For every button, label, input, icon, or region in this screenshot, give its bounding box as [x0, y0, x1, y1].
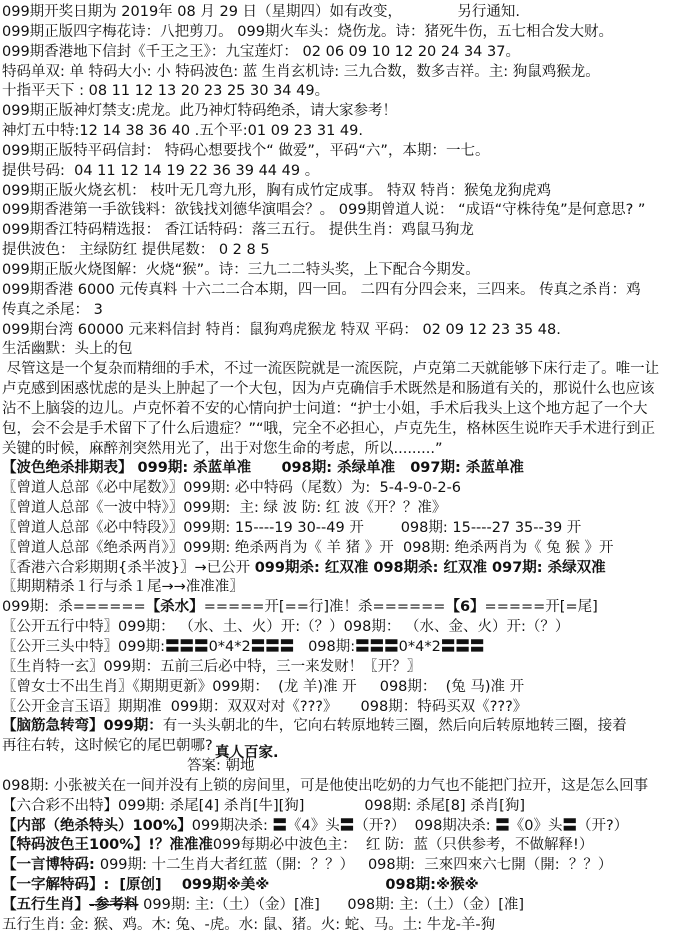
- tip-line-14: 099期正版火烧图解：火烧“猴”。诗：三九二二特头奖，上下配合今期发。: [2, 261, 688, 281]
- tip-line-22: 包，会不会是手术留下了什么后遗症？”“哦，完全不必担心，卢克先生，格林医生说昨天…: [2, 420, 688, 440]
- tip-line-17: 099期台湾 60000 元来料信封 特肖：鼠狗鸡虎猴龙 特双 平码： 02 0…: [2, 321, 688, 341]
- tip-line-segment: 〓〓〓: [251, 639, 295, 655]
- tip-line-segment: 〓〓〓: [355, 639, 399, 655]
- tip-line-segment: 099期香港地下信封《千王之王》：九宝莲灯： 02 06 09 10 12 20…: [2, 44, 520, 60]
- tip-line-segment: 〖公开三头中特〗099期:: [2, 639, 165, 655]
- tip-line-segment: 〖期期精杀１行与杀１尾→→准准准〗: [2, 579, 244, 595]
- tip-line-40: 098期: 小张被关在一间并没有上锁的房间里，可是他使出吃奶的力气也不能把门拉开…: [2, 777, 688, 797]
- tip-line-segment: 099期: 十二生肖大者红蓝（開: ？？） 098期: 三來四來六七開（開: ？…: [100, 857, 612, 873]
- tip-line-segment: 尽管这是一个复杂而精细的手术，不过一流医院就是一流医院，卢克第二天就能够下床行走…: [2, 361, 659, 377]
- tip-line-15: 099期香港 6000 元传真料 十六二二合本期，四一回。 二四有分四会来，三四…: [2, 281, 688, 301]
- tip-line-segment: -参考料: [89, 897, 139, 913]
- tip-line-segment: 〖公开五行中特〗099期： （水、土、火）开:（？）098期： （水、金、火）开…: [2, 619, 569, 635]
- tip-line-10: 099期正版火烧玄机： 枝叶无几弯九形，胸有成竹定成事。 特双 特肖：猴兔龙狗虎…: [2, 182, 688, 202]
- tip-line-segment: 〓: [563, 818, 578, 834]
- tip-line-7: 神灯五中特:12 14 38 36 40 .五个平:01 09 23 31 49…: [2, 122, 688, 142]
- tip-line-segment: 099期: 主:（土）（金）[准] 098期: 主:（土）（金）[准]: [139, 897, 525, 913]
- tip-line-1: 099期开奖日期为 2019年 08 月 29 日（星期四）如有改变， 另行通知…: [2, 3, 688, 23]
- tip-line-26: 〖曾道人总部《一波中特》〗099期: 主: 绿 波 防: 红 波《开？？准》: [2, 499, 688, 519]
- tip-line-36: 〖公开金言玉语〗期期准 099期：双双对对《???》 098期：特码买双《???…: [2, 698, 688, 718]
- tip-line-35: 〖曾女士不出生肖〗《期期更新》099期： (龙 羊)准 开 098期： (兔 马…: [2, 678, 688, 698]
- tip-line-segment: 〖生肖特一玄〗099期：五前三后必中特，三一来发财！〖开？〗: [2, 659, 421, 675]
- tip-line-segment: 【一言博特码:: [2, 857, 100, 873]
- tip-line-segment: 099期香港 6000 元传真料 十六二二合本期，四一回。 二四有分四会来，三四…: [2, 282, 641, 298]
- tip-line-segment: 099期香江特码精选报： 香江话特码：落三五行。 提供生肖：鸡鼠马狗龙: [2, 222, 474, 238]
- tip-line-3: 099期香港地下信封《千王之王》：九宝莲灯： 02 06 09 10 12 20…: [2, 43, 688, 63]
- tip-line-segment: 沾不上脑袋的边儿。卢克怀着不安的心情向护士问道：“护士小姐，手术后我头上这个地方…: [2, 401, 648, 417]
- overlay-watermark-text: 真人百家.: [215, 744, 279, 764]
- tip-line-segment: 〖曾女士不出生肖〗《期期更新》099期： (龙 羊)准 开 098期： (兔 马…: [2, 679, 524, 695]
- tip-line-8: 099期正版特平码信封： 特码心想要找个“ 做爱”，平码“六”，本期：一七。: [2, 142, 688, 162]
- tip-line-segment: 099每期必中波色主： 红 防: 蓝（只供参考，不做解释!）: [213, 837, 593, 853]
- tip-line-segment: 卢克感到困惑忧虑的是头上肿起了一个大包，因为卢克确信手术既然是和肠道有关的，那说…: [2, 381, 655, 397]
- tip-line-segment: 〓: [272, 818, 287, 834]
- tip-line-segment: 〖曾道人总部《必中特段》〗099期: 15----19 30--49 开 098…: [2, 520, 581, 536]
- tip-line-segment: 〓〓〓: [165, 639, 209, 655]
- tip-line-segment: 099期决杀:: [192, 818, 273, 834]
- tip-line-segment: 【六合彩不出特】099期: 杀尾[4] 杀肖[牛][狗] 098期: 杀尾[8]…: [2, 798, 525, 814]
- tip-line-39: 答案: 朝地: [2, 757, 688, 777]
- tip-line-11: 099期香港第一手欲钱料：欲钱找刘德华演唱会？。 099期曾道人说： “成语“守…: [2, 201, 688, 221]
- tip-line-9: 提供号码: 04 11 12 14 19 22 36 39 44 49 。: [2, 162, 688, 182]
- tip-line-23: 关键的时候，麻醉剂突然用光了，出于对您生命的考虑，所以.........”: [2, 440, 688, 460]
- tip-line-segment: 〖公开金言玉语〗期期准 099期：双双对对《???》 098期：特码买双《???…: [2, 699, 527, 715]
- tip-line-segment: 【特码波色王100%】!？准准准: [2, 837, 213, 853]
- tip-line-44: 【一言博特码: 099期: 十二生肖大者红蓝（開: ？？） 098期: 三來四來…: [2, 856, 688, 876]
- tip-line-segment: 099期正版火烧图解：火烧“猴”。诗：三九二二特头奖，上下配合今期发。: [2, 262, 480, 278]
- tip-line-segment: 〖曾道人总部《一波中特》〗099期: 主: 绿 波 防: 红 波《开？？准》: [2, 500, 446, 516]
- tip-line-12: 099期香江特码精选报： 香江话特码：落三五行。 提供生肖：鸡鼠马狗龙: [2, 221, 688, 241]
- tip-line-segment: 生活幽默：头上的包: [2, 341, 133, 357]
- tip-line-segment: 五行生肖: 金: 猴、鸡。木: 兔、-虎。水: 鼠、猪。火: 蛇、马。土: 牛龙…: [2, 917, 495, 933]
- tip-line-33: 〖公开三头中特〗099期:〓〓〓0*4*2〓〓〓 098期:〓〓〓0*4*2〓〓…: [2, 638, 688, 658]
- tip-line-segment: 提供波色： 主绿防红 提供尾数： 0 2 8 5: [2, 242, 270, 258]
- tip-line-segment: 《0》头: [510, 818, 563, 834]
- tip-line-16: 传真之杀尾： 3: [2, 301, 688, 321]
- tip-line-segment: 有一头头朝北的牛，它向右转原地转三圈，然后向后转原地转三圈，接着: [163, 718, 627, 734]
- lottery-tip-sheet: 真人百家. 099期开奖日期为 2019年 08 月 29 日（星期四）如有改变…: [0, 0, 688, 937]
- tip-line-segment: 099期杀: 红双准 098期杀: 红双准 097期: 杀绿双准: [255, 560, 606, 576]
- tip-line-segment: 关键的时候，麻醉剂突然用光了，出于对您生命的考虑，所以.........”: [2, 441, 443, 457]
- tip-line-segment: 【杀水】: [146, 599, 204, 615]
- tip-line-segment: =====开[=尾]: [485, 599, 598, 615]
- tip-line-34: 〖生肖特一玄〗099期：五前三后必中特，三一来发财！〖开？〗: [2, 658, 688, 678]
- tip-line-37: 【脑筋急转弯】099期：有一头头朝北的牛，它向右转原地转三圈，然后向后转原地转三…: [2, 717, 688, 737]
- tip-line-segment: 【五行生肖】: [2, 897, 89, 913]
- tip-line-18: 生活幽默：头上的包: [2, 340, 688, 360]
- tip-line-19: 尽管这是一个复杂而精细的手术，不过一流医院就是一流医院，卢克第二天就能够下床行走…: [2, 360, 688, 380]
- tip-line-segment: 099期香港第一手欲钱料：欲钱找刘德华演唱会？。 099期曾道人说： “成语“守…: [2, 202, 645, 218]
- tip-line-segment: （开?）: [577, 818, 628, 834]
- tip-line-segment: 099期正版四字梅花诗：八把剪刀。 099期火车头：烧伤龙。诗：猪死牛伤，五七相…: [2, 24, 613, 40]
- tip-line-segment: 〖香港六合彩期期{杀半波}〗→已公开: [2, 560, 255, 576]
- tip-line-segment: 0*4*2: [209, 639, 251, 655]
- tip-line-45: 【一字解特码】: [原创] 099期※美※ 098期:※猴※: [2, 876, 688, 896]
- tip-line-28: 〖曾道人总部《绝杀两肖》〗099期: 绝杀两肖为《 羊 猪 》开 098期: 绝…: [2, 539, 688, 559]
- tip-line-segment: 【波色绝杀排期表】 099期: 杀蓝单准 098期: 杀绿单准 097期: 杀蓝…: [2, 460, 524, 476]
- tip-line-6: 099期正版神灯禁支:虎龙。此乃神灯特码绝杀，请大家参考！: [2, 102, 688, 122]
- tip-line-31: 099期: 杀======【杀水】=====开[==行]准！杀======【6】…: [2, 598, 688, 618]
- tip-line-segment: 099期: 杀======: [2, 599, 146, 615]
- tip-line-segment: =====开[==行]准！杀======: [204, 599, 446, 615]
- tip-line-segment: 〓: [495, 818, 510, 834]
- tip-line-segment: 包，会不会是手术留下了什么后遗症？”“哦，完全不必担心，卢克先生，格林医生说昨天…: [2, 421, 655, 437]
- tip-line-segment: 〓: [340, 818, 355, 834]
- tip-line-segment: 【内部（绝杀特头）100%】: [2, 818, 192, 834]
- tip-line-segment: 099期正版火烧玄机： 枝叶无几弯九形，胸有成竹定成事。 特双 特肖：猴兔龙狗虎…: [2, 183, 551, 199]
- tip-line-segment: 【脑筋急转弯】099期：: [2, 718, 163, 734]
- tip-line-20: 卢克感到困惑忧虑的是头上肿起了一个大包，因为卢克确信手术既然是和肠道有关的，那说…: [2, 380, 688, 400]
- tip-line-segment: 099期正版特平码信封： 特码心想要找个“ 做爱”，平码“六”，本期：一七。: [2, 143, 489, 159]
- tip-line-segment: 099期开奖日期为 2019年 08 月 29 日（星期四）如有改变， 另行通知…: [2, 4, 520, 20]
- tip-line-segment: 099期台湾 60000 元来料信封 特肖：鼠狗鸡虎猴龙 特双 平码： 02 0…: [2, 322, 561, 338]
- tip-line-segment: 〓〓〓: [441, 639, 485, 655]
- tip-line-segment: 098期:: [294, 639, 355, 655]
- tip-line-segment: 传真之杀尾： 3: [2, 302, 103, 318]
- tip-line-segment: 《4》头: [287, 818, 340, 834]
- tip-line-41: 【六合彩不出特】099期: 杀尾[4] 杀肖[牛][狗] 098期: 杀尾[8]…: [2, 797, 688, 817]
- tip-line-segment: 【6】: [445, 599, 484, 615]
- tip-line-segment: 【一字解特码】: [原创] 099期※美※ 098期:※猴※: [2, 877, 479, 893]
- tip-line-segment: 特码单双: 单 特码大小: 小 特码波色: 蓝 生肖玄机诗: 三九合数，数多吉祥…: [2, 64, 600, 80]
- tip-line-38: 再往右转，这时候它的尾巴朝哪?: [2, 737, 688, 757]
- tip-line-47: 五行生肖: 金: 猴、鸡。木: 兔、-虎。水: 鼠、猪。火: 蛇、马。土: 牛龙…: [2, 916, 688, 936]
- tip-line-2: 099期正版四字梅花诗：八把剪刀。 099期火车头：烧伤龙。诗：猪死牛伤，五七相…: [2, 23, 688, 43]
- tip-line-segment: 神灯五中特:12 14 38 36 40 .五个平:01 09 23 31 49…: [2, 123, 363, 139]
- tip-line-segment: 098期: 小张被关在一间并没有上锁的房间里，可是他使出吃奶的力气也不能把门拉开…: [2, 778, 648, 794]
- tip-line-4: 特码单双: 单 特码大小: 小 特码波色: 蓝 生肖玄机诗: 三九合数，数多吉祥…: [2, 63, 688, 83]
- tip-line-43: 【特码波色王100%】!？准准准099每期必中波色主： 红 防: 蓝（只供参考，…: [2, 836, 688, 856]
- tip-line-30: 〖期期精杀１行与杀１尾→→准准准〗: [2, 578, 688, 598]
- tip-line-46: 【五行生肖】-参考料 099期: 主:（土）（金）[准] 098期: 主:（土）…: [2, 896, 688, 916]
- tip-line-13: 提供波色： 主绿防红 提供尾数： 0 2 8 5: [2, 241, 688, 261]
- tip-line-segment: 0*4*2: [399, 639, 441, 655]
- tip-line-segment: 099期正版神灯禁支:虎龙。此乃神灯特码绝杀，请大家参考！: [2, 103, 397, 119]
- tip-line-21: 沾不上脑袋的边儿。卢克怀着不安的心情向护士问道：“护士小姐，手术后我头上这个地方…: [2, 400, 688, 420]
- tip-line-segment: （开?） 098期决杀:: [354, 818, 495, 834]
- tip-line-27: 〖曾道人总部《必中特段》〗099期: 15----19 30--49 开 098…: [2, 519, 688, 539]
- tip-line-segment: 再往右转，这时候它的尾巴朝哪?: [2, 738, 213, 754]
- tip-line-25: 〖曾道人总部《必中尾数》〗099期: 必中特码（尾数）为: 5-4-9-0-2-…: [2, 479, 688, 499]
- tip-line-5: 十指平天下 : 08 11 12 13 20 23 25 30 34 49。: [2, 82, 688, 102]
- tip-line-segment: 十指平天下 : 08 11 12 13 20 23 25 30 34 49。: [2, 83, 329, 99]
- tip-line-segment: 〖曾道人总部《必中尾数》〗099期: 必中特码（尾数）为: 5-4-9-0-2-…: [2, 480, 461, 496]
- tip-line-42: 【内部（绝杀特头）100%】099期决杀: 〓《4》头〓（开?） 098期决杀:…: [2, 817, 688, 837]
- tip-line-24: 【波色绝杀排期表】 099期: 杀蓝单准 098期: 杀绿单准 097期: 杀蓝…: [2, 459, 688, 479]
- tip-line-segment: 〖曾道人总部《绝杀两肖》〗099期: 绝杀两肖为《 羊 猪 》开 098期: 绝…: [2, 540, 613, 556]
- tip-line-32: 〖公开五行中特〗099期： （水、土、火）开:（？）098期： （水、金、火）开…: [2, 618, 688, 638]
- tip-line-29: 〖香港六合彩期期{杀半波}〗→已公开 099期杀: 红双准 098期杀: 红双准…: [2, 559, 688, 579]
- tip-line-segment: 提供号码: 04 11 12 14 19 22 36 39 44 49 。: [2, 163, 319, 179]
